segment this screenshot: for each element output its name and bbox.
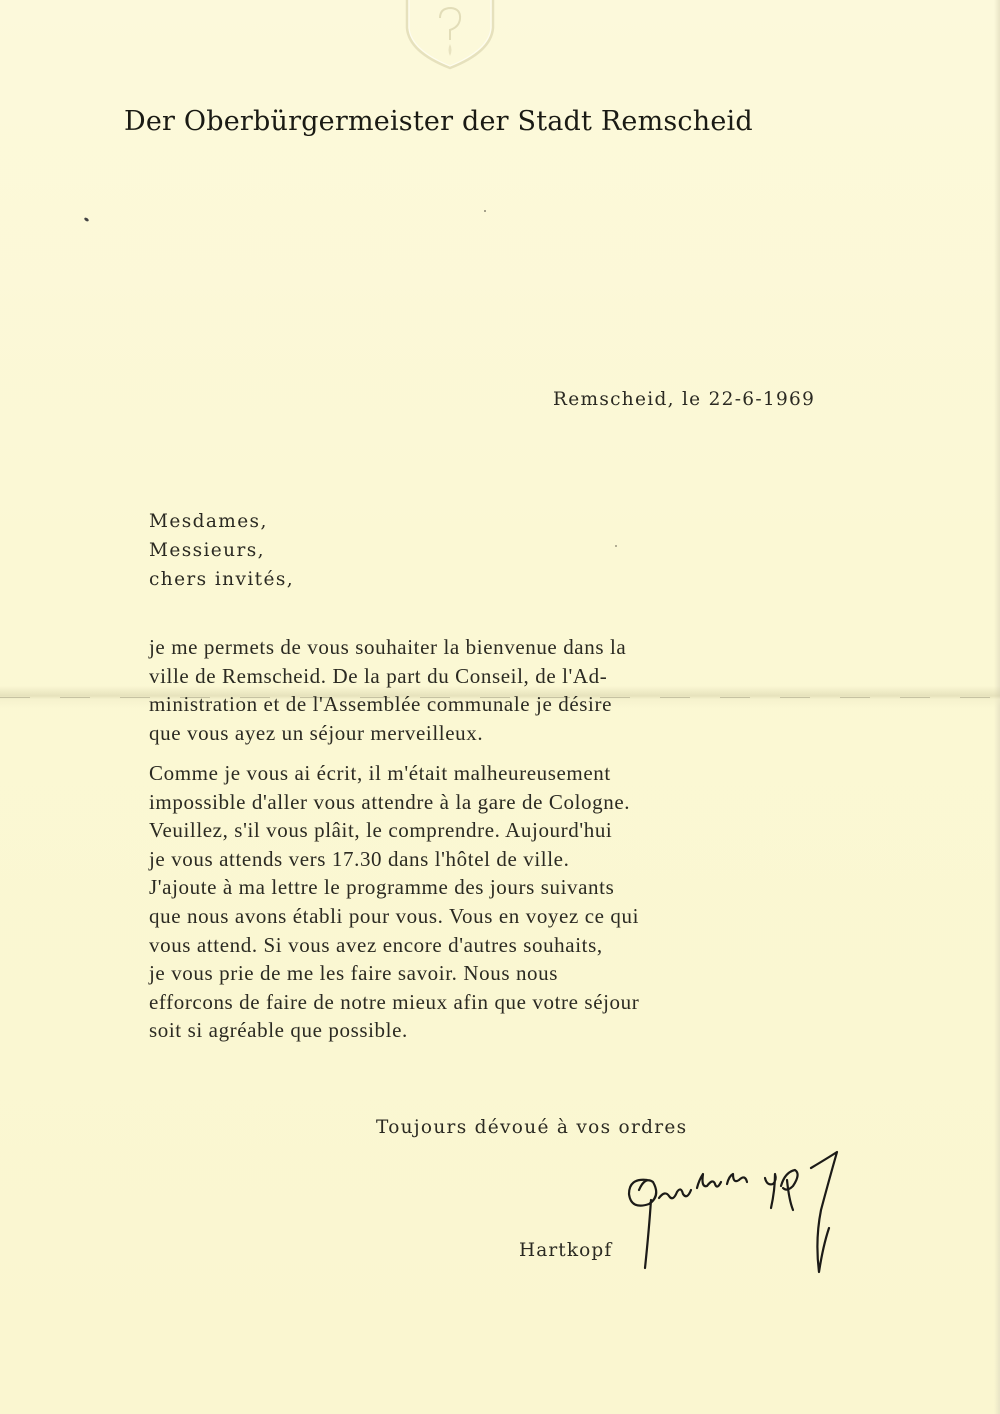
salutation-line: chers invités, [149,565,294,594]
body-line: vous attend. Si vous avez encore d'autre… [149,931,639,960]
embossed-shield-icon [395,0,505,70]
salutation-line: Messieurs, [149,536,294,565]
body-line: Comme je vous ai écrit, il m'était malhe… [149,759,639,788]
dateline: Remscheid, le 22-6-1969 [553,389,815,410]
signatory-name: Hartkopf [519,1240,612,1261]
body-line: que vous ayez un séjour merveilleux. [149,719,626,748]
body-line: je me permets de vous souhaiter la bienv… [149,633,626,662]
body-line: J'ajoute à ma lettre le programme des jo… [149,873,639,902]
paper-speck [84,217,90,222]
closing-formula: Toujours dévoué à vos ordres [376,1117,687,1138]
body-line: soit si agréable que possible. [149,1016,639,1045]
paper-speck [484,210,486,212]
paper-speck [615,545,617,547]
body-paragraph-2: Comme je vous ai écrit, il m'était malhe… [149,759,639,1045]
salutation-line: Mesdames, [149,507,294,536]
body-line: ministration et de l'Assemblée communale… [149,690,626,719]
letterhead-title: Der Oberbürgermeister der Stadt Remschei… [124,106,753,137]
handwritten-signature-icon [615,1150,855,1280]
body-line: Veuillez, s'il vous plâit, le comprendre… [149,816,639,845]
body-line: ville de Remscheid. De la part du Consei… [149,662,626,691]
body-line: que nous avons établi pour vous. Vous en… [149,902,639,931]
body-paragraph-1: je me permets de vous souhaiter la bienv… [149,633,626,747]
letter-page: Der Oberbürgermeister der Stadt Remschei… [0,0,1000,1414]
salutation: Mesdames, Messieurs, chers invités, [149,507,294,594]
body-line: impossible d'aller vous attendre à la ga… [149,788,639,817]
body-line: je vous prie de me les faire savoir. Nou… [149,959,639,988]
body-line: efforcons de faire de notre mieux afin q… [149,988,639,1017]
body-line: je vous attends vers 17.30 dans l'hôtel … [149,845,639,874]
